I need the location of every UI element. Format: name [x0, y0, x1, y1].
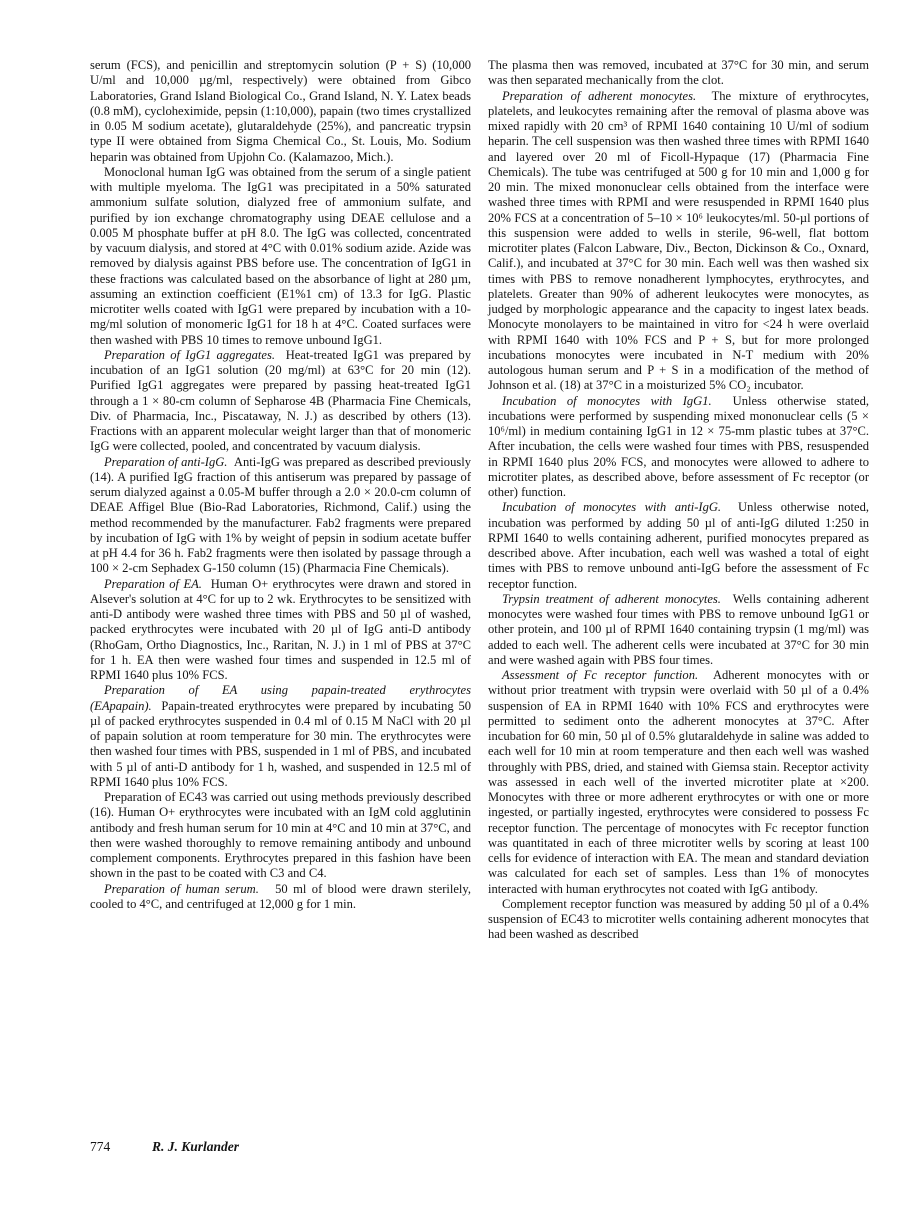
left-column: serum (FCS), and penicillin and streptom… [90, 58, 471, 912]
paragraph-text: The plasma then was removed, incubated a… [488, 58, 869, 87]
section-heading: Trypsin treatment of adherent monocytes. [502, 592, 721, 606]
section-heading: Preparation of anti-IgG. [104, 455, 227, 469]
paragraph-text: The mixture of erythrocytes, platelets, … [488, 89, 869, 393]
paragraph-text: Monoclonal human IgG was obtained from t… [90, 165, 471, 347]
section-heading: Incubation of monocytes with IgG1. [502, 394, 712, 408]
paragraph-igg1-aggregates: Preparation of IgG1 aggregates. Heat-tre… [90, 348, 471, 455]
paragraph-monoclonal-igg: Monoclonal human IgG was obtained from t… [90, 165, 471, 348]
paragraph-ea-papain: Preparation of EA using papain-treated e… [90, 683, 471, 790]
section-heading: Preparation of adherent monocytes. [502, 89, 696, 103]
paragraph-text: Adherent monocytes with or without prior… [488, 668, 869, 896]
paragraph-adherent-monocytes: Preparation of adherent monocytes. The m… [488, 89, 869, 394]
paragraph-text: Heat-treated IgG1 was prepared by incuba… [90, 348, 471, 454]
paragraph-text: serum (FCS), and penicillin and streptom… [90, 58, 471, 164]
paragraph-anti-igg: Preparation of anti-IgG. Anti-IgG was pr… [90, 455, 471, 577]
section-heading: Incubation of monocytes with anti-IgG. [502, 500, 721, 514]
paragraph-human-serum: Preparation of human serum. 50 ml of blo… [90, 882, 471, 913]
paragraph-text: Unless otherwise stated, incubations wer… [488, 394, 869, 500]
paragraph-text: Complement receptor function was measure… [488, 897, 869, 942]
paragraph-plasma: The plasma then was removed, incubated a… [488, 58, 869, 89]
paragraph-ec43: Preparation of EC43 was carried out usin… [90, 790, 471, 882]
paragraph-text: Anti-IgG was prepared as described previ… [90, 455, 471, 576]
paragraph-text: Human O+ erythrocytes were drawn and sto… [90, 577, 471, 683]
paragraph-reagents: serum (FCS), and penicillin and streptom… [90, 58, 471, 165]
paragraph-ea: Preparation of EA. Human O+ erythrocytes… [90, 577, 471, 684]
page-footer: 774R. J. Kurlander [90, 1139, 239, 1155]
running-author: R. J. Kurlander [152, 1139, 239, 1154]
paragraph-incubation-anti-igg: Incubation of monocytes with anti-IgG. U… [488, 500, 869, 592]
section-heading: Preparation of EA. [104, 577, 202, 591]
paragraph-trypsin-treatment: Trypsin treatment of adherent monocytes.… [488, 592, 869, 668]
section-heading: Assessment of Fc receptor function. [502, 668, 698, 682]
paragraph-fc-receptor: Assessment of Fc receptor function. Adhe… [488, 668, 869, 897]
section-heading: Preparation of IgG1 aggregates. [104, 348, 275, 362]
page-number: 774 [90, 1139, 152, 1155]
right-column: The plasma then was removed, incubated a… [488, 58, 869, 943]
paragraph-complement-receptor: Complement receptor function was measure… [488, 897, 869, 943]
paragraph-text: Preparation of EC43 was carried out usin… [90, 790, 471, 880]
paragraph-incubation-igg1: Incubation of monocytes with IgG1. Unles… [488, 394, 869, 501]
section-heading: Preparation of human serum. [104, 882, 259, 896]
